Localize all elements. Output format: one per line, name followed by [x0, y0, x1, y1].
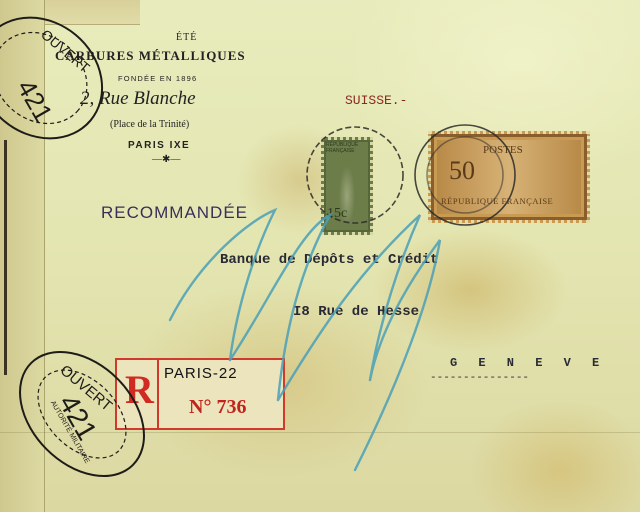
address-city: G E N E V E	[450, 356, 606, 370]
stamp-country: RÉPUBLIQUE FRANÇAISE	[441, 196, 553, 206]
stamp-value: 15c	[327, 206, 347, 222]
fold-line	[0, 432, 640, 433]
letterhead-place: (Place de la Trinité)	[110, 119, 189, 130]
stamp-merson: POSTES 50 RÉPUBLIQUE FRANÇAISE	[428, 131, 590, 223]
blue-crayon-mark	[170, 210, 440, 470]
registration-letter: R	[125, 366, 154, 413]
address-underline: ---------------	[430, 372, 529, 384]
stamp-value: 50	[449, 156, 475, 186]
svg-text:OUVERT: OUVERT	[57, 362, 116, 415]
registered-mark: RECOMMANDÉE	[101, 203, 248, 223]
address-line-2: I8 Rue de Hesse	[293, 304, 419, 320]
letterhead-street: 2, Rue Blanche	[80, 88, 196, 110]
letterhead-city: PARIS IXE	[128, 140, 190, 151]
stamp-country: RÉPUBLIQUE FRANÇAISE	[326, 142, 370, 154]
registration-number: N° 736	[189, 396, 246, 419]
letterhead-company: CARBURES MÉTALLIQUES	[55, 48, 246, 64]
svg-text:421: 421	[53, 389, 103, 445]
tape-edge	[4, 140, 7, 375]
registration-label: R PARIS-22 N° 736	[115, 358, 285, 430]
letterhead-founded: FONDÉE EN 1896	[118, 74, 197, 83]
registration-office: PARIS-22	[164, 365, 238, 382]
envelope: ÉTÉ CARBURES MÉTALLIQUES FONDÉE EN 1896 …	[0, 0, 640, 512]
ornament-icon: —✱—	[152, 154, 180, 165]
stamp-semeuse: RÉPUBLIQUE FRANÇAISE 15c	[321, 137, 373, 235]
stamp-label: POSTES	[483, 144, 523, 156]
destination-country: SUISSE.-	[345, 93, 407, 108]
address-line-1: Banque de Dépôts et Crédit	[220, 252, 438, 268]
letterhead-societe: ÉTÉ	[176, 32, 197, 43]
